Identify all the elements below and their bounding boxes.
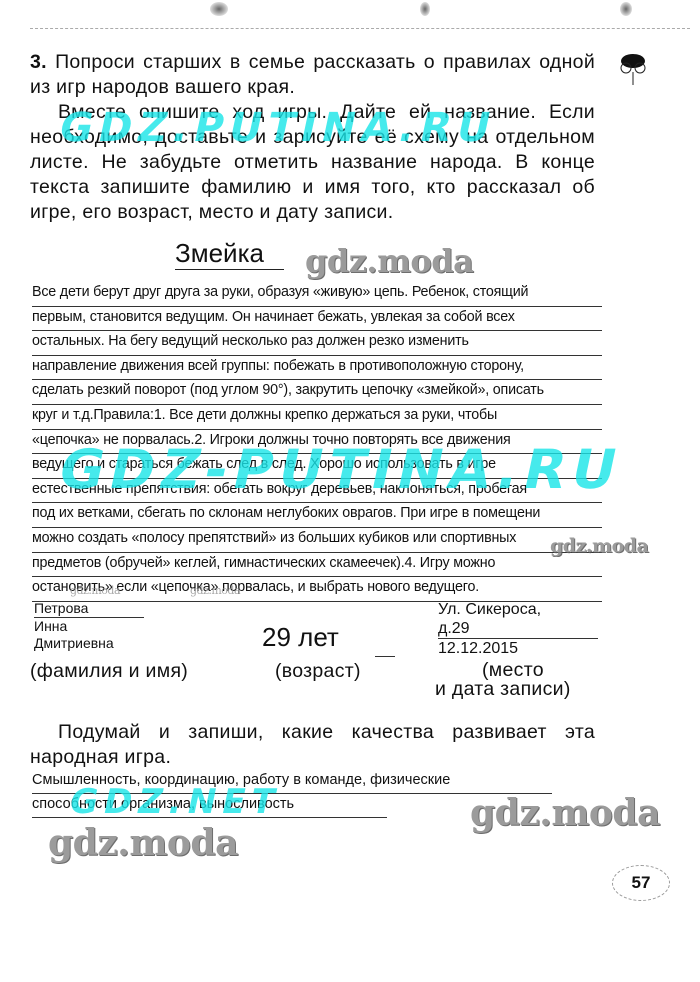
answer-line: направление движения всей группы: побежа… [32,356,602,381]
question-text: Подумай и запиши, какие качества развива… [30,720,595,770]
game-title: Змейка [175,238,284,270]
watermark-cyan: GDZ.NET [66,782,285,822]
question-block: Подумай и запиши, какие качества развива… [30,720,595,770]
place-street: Ул. Сикероса, [438,600,608,619]
children-icon [616,52,650,88]
watermark-grey: gdz.moda [305,242,473,280]
top-divider [30,28,690,29]
place-date-block: Ул. Сикероса, д.29 12.12.2015 [438,600,608,658]
place-house: д.29 [438,619,598,639]
page-number: 57 [612,865,670,901]
watermark-grey: gdz.moda [550,535,648,557]
answer-line: круг и т.д.Правила:1. Все дети должны кр… [32,405,602,430]
decor-blob [210,2,228,16]
top-decoration [0,0,700,30]
informant-patronymic: Дмитриевна [34,635,214,652]
answer-line: остальных. На бегу ведущий несколько раз… [32,331,602,356]
informant-age: 29 лет [262,622,339,653]
task-number: 3. [30,51,47,73]
age-underline [375,656,395,657]
name-caption: (фамилия и имя) [30,660,188,683]
informant-name: Петрова Инна Дмитриевна [34,600,214,652]
informant-surname: Петрова [34,600,144,618]
watermark-grey: gdz.moda [190,584,240,597]
watermark-grey: gdz.moda [48,822,238,864]
place-caption-2: и дата записи) [435,678,571,701]
watermark-grey: gdz.moda [470,792,660,834]
answer-line: можно создать «полосу препятствий» из бо… [32,528,602,553]
answer-line: предметов (обручей» кеглей, гимнастическ… [32,553,602,578]
decor-blob [420,2,430,16]
answer-line: Все дети берут друг друга за руки, образ… [32,282,602,307]
watermark-grey: gdz.moda [70,584,120,597]
watermark-cyan: GDZ-PUTINA.RU [53,438,628,501]
age-caption: (возраст) [275,660,361,683]
answer-line: сделать резкий поворот (под углом 90°), … [32,380,602,405]
decor-blob [620,2,632,16]
informant-first-name: Инна [34,618,214,635]
answer-line: под их ветками, сбегать по склонам неглу… [32,503,602,528]
answer-line: первым, становится ведущим. Он начинает … [32,307,602,332]
task-intro: Попроси старших в семье рассказать о пра… [30,51,595,98]
watermark-cyan: GDZ.PUTINA.RU [55,105,501,151]
record-date: 12.12.2015 [438,639,608,658]
